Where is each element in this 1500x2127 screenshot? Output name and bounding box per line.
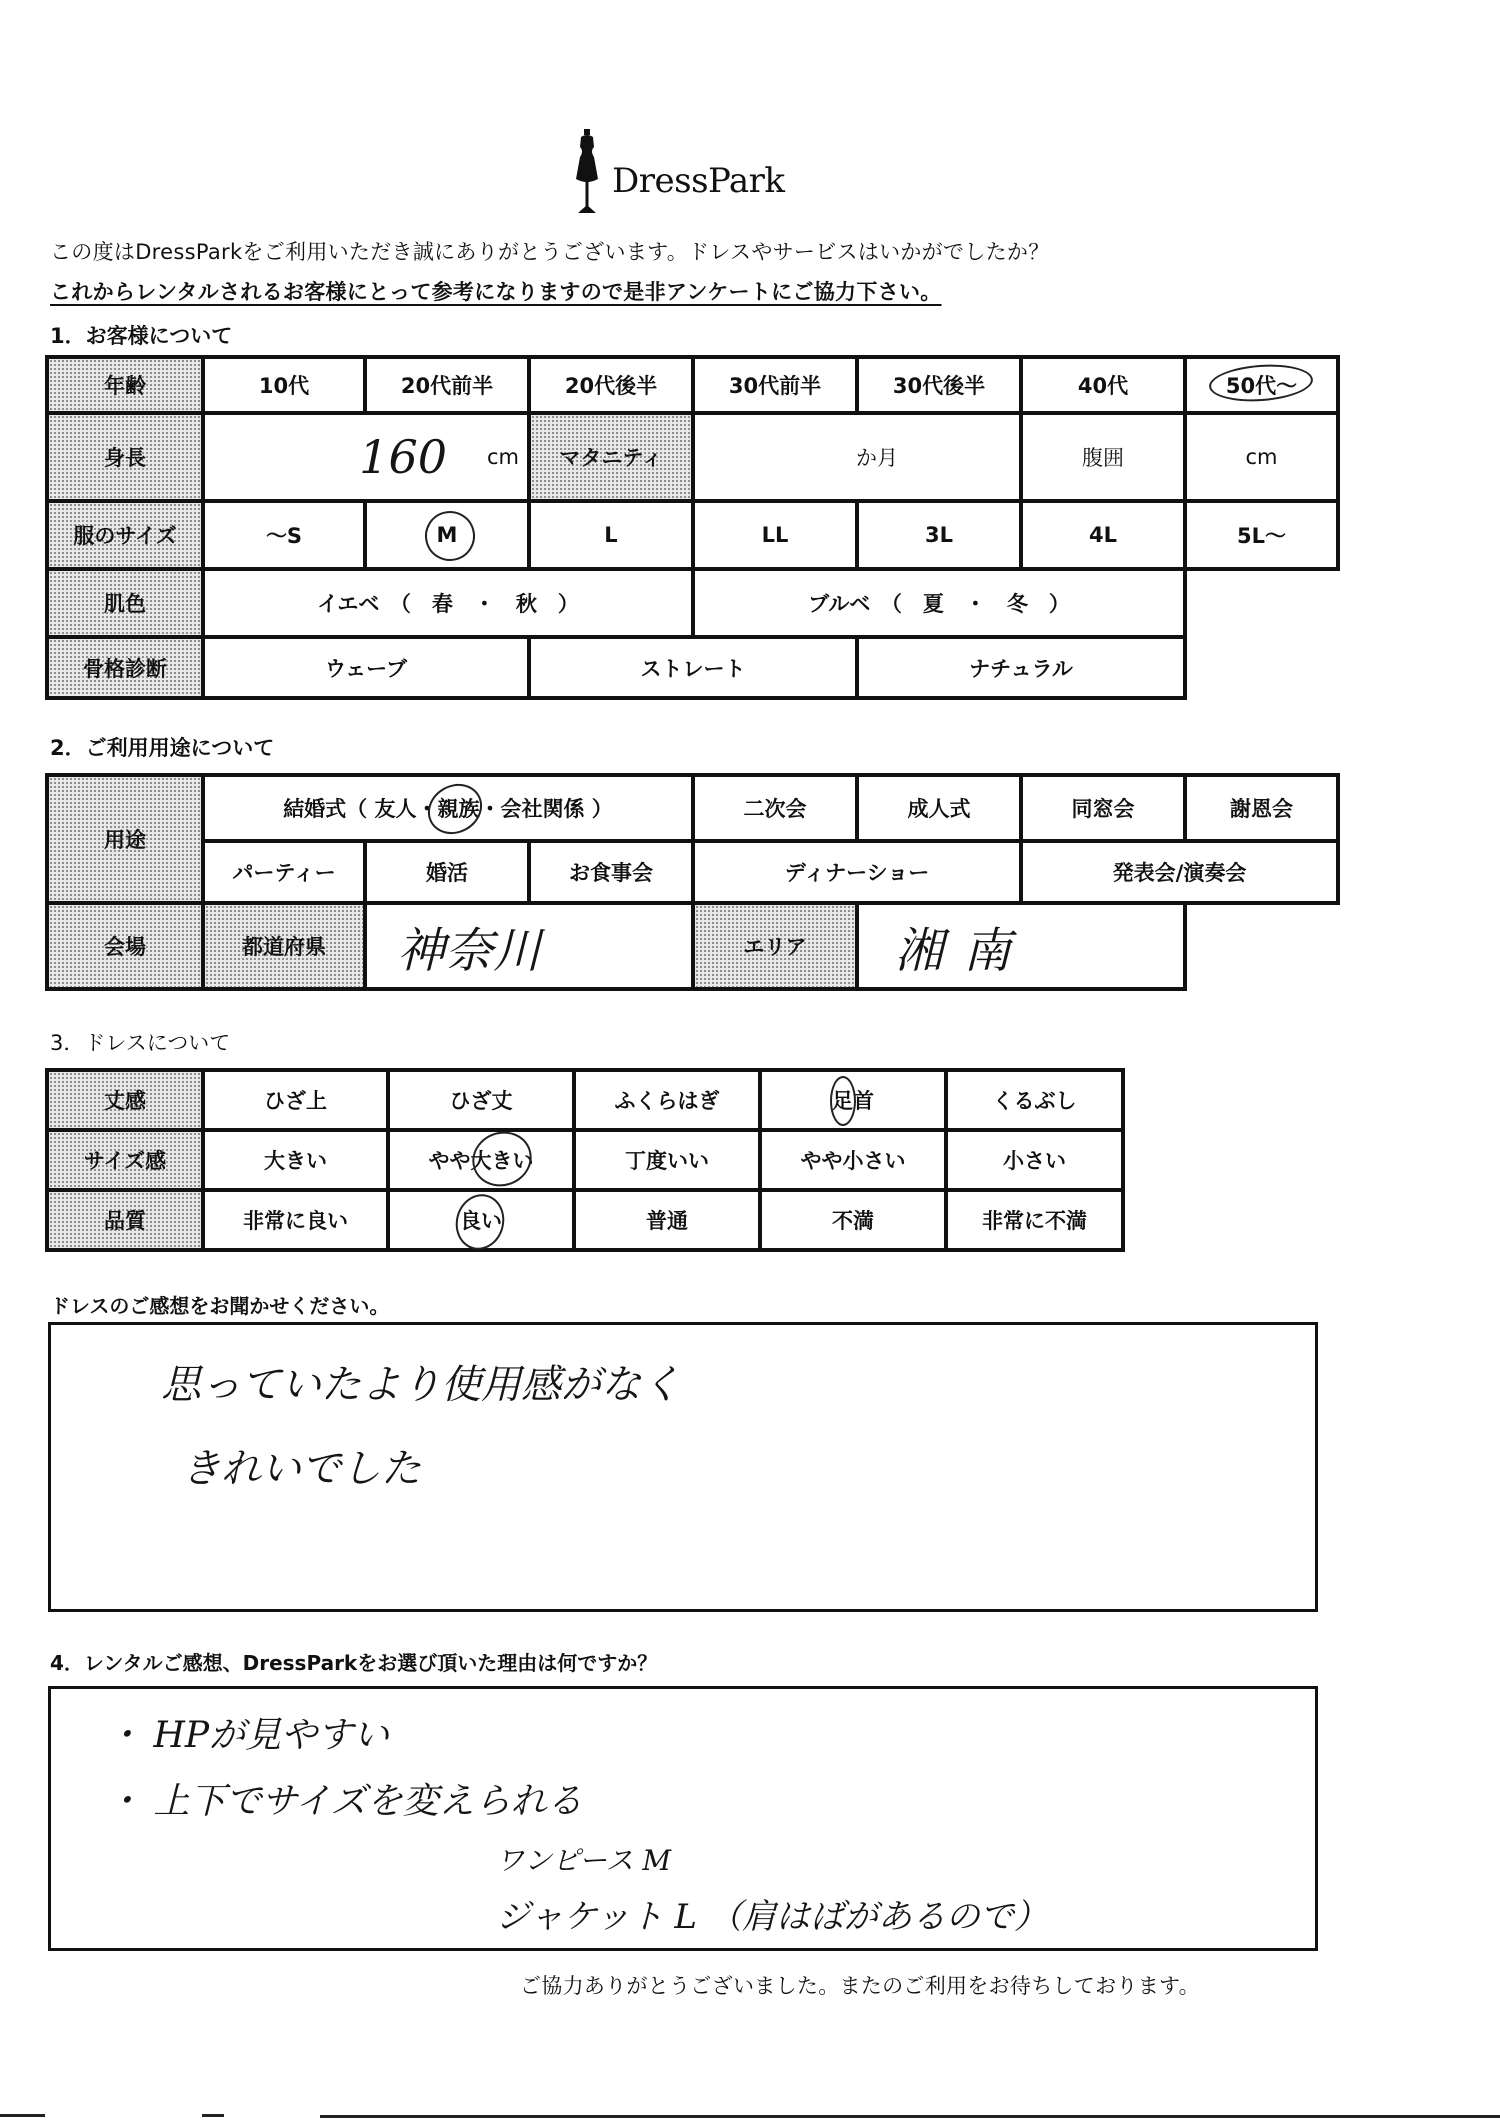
purpose-option[interactable]: パーティー [205, 843, 363, 901]
age-option[interactable]: 20代前半 [367, 359, 527, 411]
purpose-option[interactable]: 発表会/演奏会 [1023, 843, 1336, 901]
size-option[interactable]: 3L [859, 503, 1019, 567]
dresspark-logo: DressPark [570, 125, 810, 215]
length-option[interactable]: くるぶし [948, 1072, 1121, 1128]
size-option[interactable]: ～S [205, 503, 363, 567]
logo-text: DressPark [612, 161, 785, 201]
section1-title: 1．お客様について [50, 320, 232, 350]
intro-request-text: これからレンタルされるお客様にとって参考になりますので是非アンケートにご協力下さ… [50, 276, 942, 306]
purpose-option[interactable]: ディナーショー [695, 843, 1019, 901]
blank-cell [1187, 905, 1340, 991]
fit-option[interactable]: やや小さい [762, 1132, 944, 1188]
height-unit: cm [487, 445, 519, 469]
maternity-months-field[interactable]: か月 [695, 415, 1019, 499]
scan-edge-line [320, 2115, 1500, 2118]
area-label: エリア [695, 905, 855, 987]
closing-text: ご協力ありがとうございました。またのご利用をお待ちしております。 [520, 1970, 1200, 2000]
size-option-selected[interactable]: M [367, 503, 527, 567]
age-option-selected[interactable]: 50代～ [1187, 359, 1336, 411]
purpose-label: 用途 [49, 777, 201, 901]
purpose-option[interactable]: 謝恩会 [1187, 777, 1336, 839]
quality-label: 品質 [49, 1192, 201, 1248]
venue-label: 会場 [49, 905, 201, 987]
fit-option[interactable]: 大きい [205, 1132, 386, 1188]
reason-line: ・ HPが見やすい [106, 1707, 389, 1758]
size-option[interactable]: 5L～ [1187, 503, 1336, 567]
length-label: 丈感 [49, 1072, 201, 1128]
fit-label: サイズ感 [49, 1132, 201, 1188]
purpose-wedding[interactable]: 結婚式（ 友人・親族・会社関係 ） [205, 777, 691, 839]
size-option[interactable]: 4L [1023, 503, 1183, 567]
scan-edge-line [0, 2114, 45, 2117]
age-option[interactable]: 30代後半 [859, 359, 1019, 411]
feedback-line: 思っていたより使用感がなく [161, 1353, 681, 1410]
age-option[interactable]: 30代前半 [695, 359, 855, 411]
area-field[interactable]: 湘南 [859, 905, 1183, 987]
maternity-label: マタニティ [531, 415, 691, 499]
quality-option[interactable]: 非常に良い [205, 1192, 386, 1248]
prefecture-label: 都道府県 [205, 905, 363, 987]
section4-title: 4．レンタルご感想、DressParkをお選び頂いた理由は何ですか？ [50, 1647, 657, 1676]
purpose-option[interactable]: 同窓会 [1023, 777, 1183, 839]
quality-option[interactable]: 普通 [576, 1192, 758, 1248]
prefecture-field[interactable]: 神奈川 [367, 905, 691, 987]
age-label: 年齢 [49, 359, 201, 411]
height-value: 160 [359, 430, 447, 484]
age-option[interactable]: 10代 [205, 359, 363, 411]
length-option[interactable]: ひざ丈 [390, 1072, 572, 1128]
quality-option-selected[interactable]: 良い [390, 1192, 572, 1248]
rental-feedback-box[interactable]: ・ HPが見やすい ・ 上下でサイズを変えられる ワンピース M ジャケット L… [48, 1686, 1318, 1951]
age-option[interactable]: 40代 [1023, 359, 1183, 411]
height-field[interactable]: 160 cm [205, 415, 527, 499]
quality-option[interactable]: 不満 [762, 1192, 944, 1248]
section2-title: 2．ご利用用途について [50, 732, 274, 762]
size-label: 服のサイズ [49, 503, 201, 567]
dress-form-icon [570, 127, 604, 215]
height-label: 身長 [49, 415, 201, 499]
reason-line: ・ 上下でサイズを変えられる [106, 1773, 583, 1824]
fit-option[interactable]: 小さい [948, 1132, 1121, 1188]
length-option-selected[interactable]: 足首 [762, 1072, 944, 1128]
waist-label: 腹囲 [1023, 415, 1183, 499]
skin-blue-base[interactable]: ブルベ （ 夏 ・ 冬 ） [695, 571, 1183, 635]
quality-option[interactable]: 非常に不満 [948, 1192, 1121, 1248]
customer-info-table: 年齢 10代 20代前半 20代後半 30代前半 30代後半 40代 50代～ … [45, 355, 1340, 700]
length-option[interactable]: ひざ上 [205, 1072, 386, 1128]
skin-label: 肌色 [49, 571, 201, 635]
feedback-line: きれいでした [181, 1437, 421, 1494]
purpose-option[interactable]: 成人式 [859, 777, 1019, 839]
section3-title: 3．ドレスについて [50, 1027, 230, 1057]
prefecture-value: 神奈川 [397, 912, 541, 981]
dress-table: 丈感 ひざ上 ひざ丈 ふくらはぎ 足首 くるぶし サイズ感 大きい やや大きい … [45, 1068, 1125, 1252]
feedback-label: ドレスのご感想をお聞かせください。 [50, 1290, 389, 1319]
purpose-option[interactable]: 婚活 [367, 843, 527, 901]
skeleton-option[interactable]: ウェーブ [205, 639, 527, 696]
area-value: 湘南 [895, 912, 1031, 981]
fit-option[interactable]: 丁度いい [576, 1132, 758, 1188]
blank-cell [1187, 639, 1340, 700]
purpose-option[interactable]: お食事会 [531, 843, 691, 901]
blank-cell [1187, 571, 1340, 639]
dress-feedback-box[interactable]: 思っていたより使用感がなく きれいでした [48, 1322, 1318, 1612]
purpose-option[interactable]: 二次会 [695, 777, 855, 839]
waist-field[interactable]: cm [1187, 415, 1336, 499]
usage-table: 用途 結婚式（ 友人・親族・会社関係 ） 二次会 成人式 同窓会 謝恩会 パーテ… [45, 773, 1340, 991]
skeleton-label: 骨格診断 [49, 639, 201, 696]
size-option[interactable]: L [531, 503, 691, 567]
length-option[interactable]: ふくらはぎ [576, 1072, 758, 1128]
reason-line: ジャケット L （肩はばがあるので） [496, 1889, 1048, 1938]
reason-line: ワンピース M [496, 1839, 671, 1879]
skeleton-option[interactable]: ナチュラル [859, 639, 1183, 696]
skin-yellow-base[interactable]: イエベ （ 春 ・ 秋 ） [205, 571, 691, 635]
scan-edge-line [202, 2114, 224, 2117]
age-option[interactable]: 20代後半 [531, 359, 691, 411]
skeleton-option[interactable]: ストレート [531, 639, 855, 696]
fit-option-selected[interactable]: やや大きい [390, 1132, 572, 1188]
size-option[interactable]: LL [695, 503, 855, 567]
intro-text: この度はDressParkをご利用いただき誠にありがとうございます。ドレスやサー… [50, 236, 1050, 266]
